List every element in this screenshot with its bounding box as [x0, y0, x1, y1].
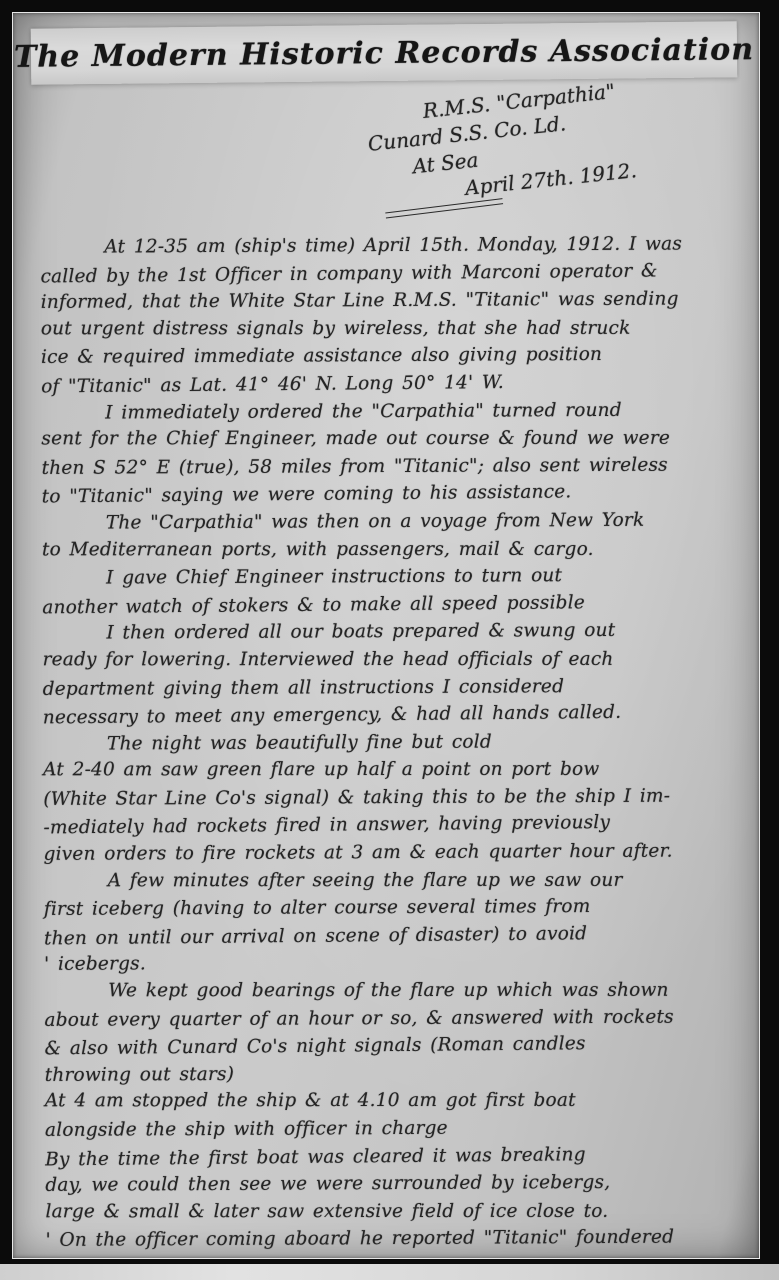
handwriting-line: At 4 am stopped the ship & at 4.10 am go…: [45, 1087, 757, 1115]
handwriting-line-text: informed, that the White Star Line R.M.S…: [41, 289, 679, 313]
handwriting-line: The "Carpathia" was then on a voyage fro…: [42, 506, 754, 537]
handwriting-line-text: I gave Chief Engineer instructions to tu…: [106, 565, 562, 588]
handwriting-line: day, we could then see we were surrounde…: [45, 1168, 757, 1199]
handwriting-line-text: The "Carpathia" was then on a voyage fro…: [106, 510, 645, 534]
handwriting-line-text: first iceberg (having to alter course se…: [44, 896, 591, 920]
handwriting-line-text: department giving them all instructions …: [43, 676, 564, 700]
handwriting-line: given orders to fire rockets at 3 am & e…: [44, 837, 756, 868]
letter-paper: The Modern Historic Records Association …: [13, 13, 759, 1258]
handwriting-line-text: of "Titanic" as Lat. 41° 46' N. Long 50°…: [41, 372, 504, 397]
handwriting-line-text: We kept good bearings of the flare up wh…: [108, 980, 668, 1001]
handwriting-line-text: ' On the officer coming aboard he report…: [46, 1227, 675, 1251]
handwriting-line-text: A few minutes after seeing the flare up …: [108, 869, 623, 890]
handwriting-line: We kept good bearings of the flare up wh…: [44, 977, 756, 1005]
handwriting-line: out urgent distress signals by wireless,…: [41, 314, 753, 342]
handwriting-line-text: I then ordered all our boats prepared & …: [106, 620, 615, 644]
handwriting-line: informed, that the White Star Line R.M.S…: [41, 285, 753, 316]
handwriting-line-text: necessary to meet any emergency, & had a…: [43, 702, 622, 729]
handwriting-line-text: -mediately had rockets fired in answer, …: [43, 812, 610, 838]
handwriting-line-text: ready for lowering. Interviewed the head…: [43, 649, 614, 670]
handwriting-line-text: ' icebergs.: [44, 954, 146, 976]
handwriting-line: I then ordered all our boats prepared & …: [42, 616, 754, 647]
handwriting-line-text: At 2-40 am saw green flare up half a poi…: [43, 759, 599, 780]
handwriting-line: At 2-40 am saw green flare up half a poi…: [43, 756, 755, 784]
handwriting-line-text: At 12-35 am (ship's time) April 15th. Mo…: [104, 234, 682, 258]
scan-edge-strip: [0, 1264, 779, 1280]
handwriting-line-text: At 4 am stopped the ship & at 4.10 am go…: [45, 1090, 576, 1111]
handwriting-line: I immediately ordered the "Carpathia" tu…: [41, 396, 753, 427]
handwriting-line: large & small & later saw extensive fiel…: [45, 1197, 757, 1225]
handwriting-line-text: out urgent distress signals by wireless,…: [41, 318, 631, 340]
handwriting-line-text: about every quarter of an hour or so, & …: [44, 1006, 673, 1030]
handwriting-line-text: to "Titanic" saying we were coming to hi…: [42, 482, 572, 508]
letterhead-title: The Modern Historic Records Association: [14, 32, 754, 75]
handwriting-line: throwing out stars): [45, 1058, 757, 1089]
handwriting-line: sent for the Chief Engineer, made out co…: [41, 425, 753, 453]
handwriting-line: to Mediterranean ports, with passengers,…: [42, 535, 754, 563]
handwriting-line-text: called by the 1st Officer in company wit…: [40, 260, 657, 287]
handwriting-line-text: then on until our arrival on scene of di…: [44, 923, 587, 949]
handwriting-line-text: day, we could then see we were surrounde…: [45, 1172, 610, 1196]
handwriting-line: ' On the officer coming aboard he report…: [46, 1224, 758, 1255]
handwriting-line: ready for lowering. Interviewed the head…: [43, 646, 755, 674]
letter-heading: R.M.S. "Carpathia" Cunard S.S. Co. Ld. A…: [360, 70, 700, 219]
handwriting-line-text: (White Star Line Co's signal) & taking t…: [43, 785, 670, 809]
handwriting-line-text: alongside the ship with officer in charg…: [45, 1118, 448, 1141]
handwriting-line-text: sent for the Chief Engineer, made out co…: [41, 428, 670, 450]
handwriting-line: The night was beautifully fine but cold: [43, 727, 755, 758]
handwriting-line-text: large & small & later saw extensive fiel…: [45, 1201, 608, 1222]
handwriting-line-text: given orders to fire rockets at 3 am & e…: [44, 841, 673, 865]
handwriting-line-text: to Mediterranean ports, with passengers,…: [42, 538, 594, 559]
handwriting-line-text: another watch of stokers & to make all s…: [42, 592, 585, 618]
handwriting-line-text: then S 52° E (true), 58 miles from "Tita…: [42, 454, 668, 478]
handwriting-line-text: The night was beautifully fine but cold: [107, 731, 492, 754]
handwriting-line: A few minutes after seeing the flare up …: [44, 866, 756, 894]
handwriting-line-text: & also with Cunard Co's night signals (R…: [45, 1033, 586, 1059]
handwriting-line: ' icebergs.: [44, 948, 756, 979]
letter-body: At 12-35 am (ship's time) April 15th. Mo…: [40, 230, 757, 1255]
handwriting-line-text: I immediately ordered the "Carpathia" tu…: [105, 399, 622, 423]
date-underline-flourish: [385, 198, 503, 218]
handwriting-line-text: throwing out stars): [45, 1064, 235, 1086]
handwriting-line-text: ice & required immediate assistance also…: [41, 344, 602, 368]
handwriting-line-text: By the time the first boat was cleared i…: [45, 1144, 586, 1170]
